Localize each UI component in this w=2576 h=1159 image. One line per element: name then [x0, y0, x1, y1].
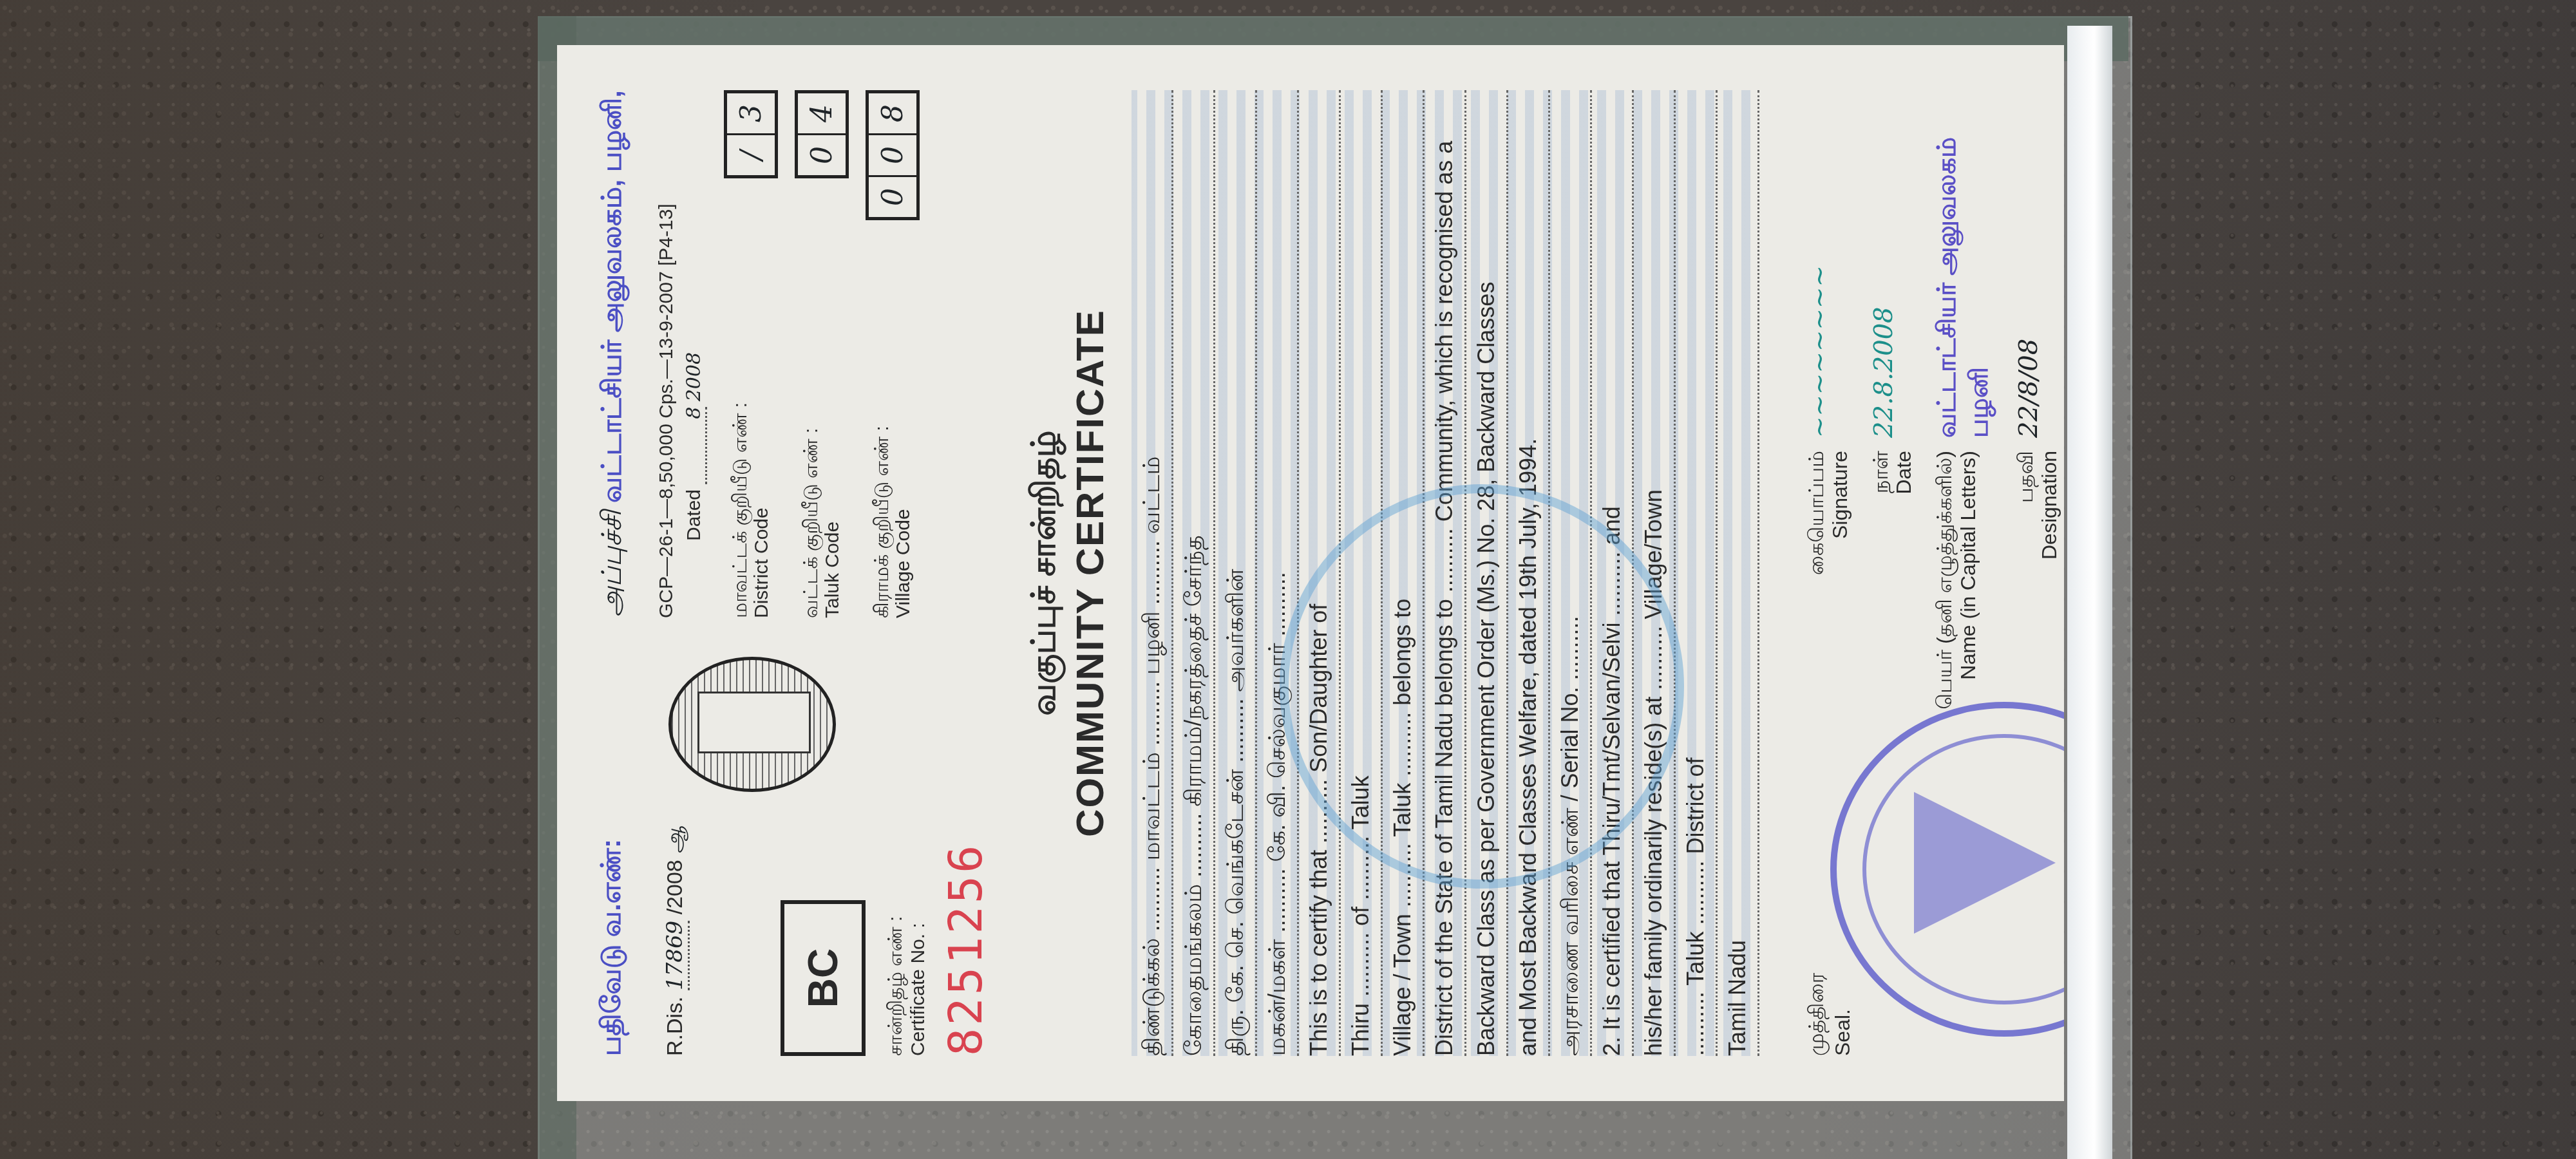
signature-fields: கையொப்பம் Signature ~~~~~~~~ நாள் Date 2…	[1804, 90, 2064, 721]
certificate-body-line: Village / Town .......... Taluk ........…	[1383, 90, 1425, 1056]
header-stamp-row: பதிவேடு வ.எண்: அப்புச்சி வட்டாட்சியர் அல…	[596, 90, 631, 1056]
signature-label: கையொப்பம் Signature	[1804, 438, 1852, 721]
certificate-number-label: சான்றிதழ் எண் : Certificate No. :	[885, 824, 929, 1056]
code-digit-boxes: 008	[866, 90, 920, 220]
code-digit-boxes: /3	[724, 90, 778, 178]
date-label-ta: நாள்	[1869, 451, 1893, 721]
certificate-body: திண்டுக்கல் .......... மாவட்டம் ........…	[1132, 90, 1759, 1056]
ref-label: R.Dis.	[663, 996, 687, 1056]
code-label-en: Taluk Code	[822, 428, 843, 618]
dated-line: Dated 8 2008	[683, 90, 707, 618]
code-label-ta: வட்டக் குறியீடு எண் :	[800, 428, 822, 618]
dated-label: Dated	[683, 489, 705, 541]
certificate-body-line: District of the State of Tamil Nadu belo…	[1425, 90, 1466, 1056]
handwritten-note: அப்புச்சி	[596, 511, 627, 617]
date-label-en: Date	[1892, 451, 1916, 721]
certificate-header: R.Dis. 17869 /2008 ஆ BC சான்றிதழ் எண் : …	[643, 90, 992, 1056]
certificate-body-line: Tamil Nadu	[1718, 90, 1759, 1056]
date-label: நாள் Date	[1869, 438, 1917, 721]
seal-area: முத்திரை Seal.	[1804, 721, 2064, 1056]
cert-label-ta: சான்றிதழ் எண் :	[885, 824, 907, 1056]
code-digit: 0	[869, 177, 916, 217]
code-digit: 0	[798, 135, 846, 175]
certificate-body-line: his/her family ordinarily reside(s) at .…	[1634, 90, 1676, 1056]
certificate-body-line: அரசாணை வரிசை எண் / Serial No. ..........	[1550, 90, 1592, 1056]
header-left: R.Dis. 17869 /2008 ஆ BC சான்றிதழ் எண் : …	[643, 824, 992, 1056]
name-row: பெயர் (தனி எழுத்துக்களில்) Name (in Capi…	[1933, 90, 1997, 721]
community-certificate: பதிவேடு வ.எண்: அப்புச்சி வட்டாட்சியர் அல…	[557, 45, 2064, 1101]
date-row: நாள் Date 22.8.2008	[1869, 90, 1917, 721]
certificate-body-line: திரு. கே. செ. வெங்கடேசன் .......... அவர்…	[1215, 90, 1257, 1056]
code-label-ta: மாவட்டக் குறியீடு எண் :	[730, 402, 751, 618]
code-digit: 3	[727, 93, 775, 135]
code-label: மாவட்டக் குறியீடு எண் :District Code	[730, 402, 772, 618]
name-label-ta: பெயர் (தனி எழுத்துக்களில்)	[1933, 451, 1956, 721]
laminate-glare	[2067, 26, 2112, 1159]
certificate-body-line: மகன்/மகள் .......... கே. வி. செல்வகுமார்…	[1257, 90, 1299, 1056]
certificate-body-line: திண்டுக்கல் .......... மாவட்டம் ........…	[1132, 90, 1173, 1056]
signature-label-ta: கையொப்பம்	[1804, 451, 1828, 721]
code-row: கிராமக் குறியீடு எண் :Village Code008	[866, 90, 920, 618]
designation-label: பதவி Designation	[2014, 438, 2061, 721]
certificate-body-line: 2. It is certified that Thiru/Tmt/Selvan…	[1592, 90, 1634, 1056]
officer-stamp-title: வட்டாட்சியர் அலுவலகம்	[1933, 137, 1965, 438]
taluk-office-stamp: வட்டாட்சியர் அலுவலகம், பழனி,	[596, 90, 627, 503]
code-digit-boxes: 04	[795, 90, 849, 178]
code-list: மாவட்டக் குறியீடு எண் :District Code/3வட…	[724, 90, 920, 618]
tamil-nadu-emblem-icon	[668, 657, 836, 792]
seal-label-ta: முத்திரை	[1804, 721, 1831, 1056]
ref-number: 17869	[662, 921, 690, 990]
cert-label-en: Certificate No. :	[907, 824, 930, 1056]
certificate-body-line: Backward Class as per Government Order (…	[1466, 90, 1508, 1056]
title-english: COMMUNITY CERTIFICATE	[1068, 90, 1112, 1056]
name-label-en: Name (in Capital Letters)	[1956, 451, 1980, 721]
code-row: மாவட்டக் குறியீடு எண் :District Code/3	[724, 90, 778, 618]
header-right: GCP—26-1—8,50,000 Cps.—13-9-2007 [P4-13]…	[643, 90, 992, 618]
dated-year: 2008	[683, 352, 705, 401]
code-row: வட்டக் குறியீடு எண் :Taluk Code04	[795, 90, 849, 618]
designation-row: பதவி Designation 22/8/08	[2014, 90, 2061, 721]
certificate-number: 8251256	[938, 824, 992, 1056]
code-digit: /	[727, 135, 775, 175]
title-tamil: வகுப்புச் சான்றிதழ்	[1025, 90, 1068, 1056]
code-digit: 0	[869, 135, 916, 177]
category-box: BC	[781, 900, 866, 1056]
certificate-body-line: and Most Backward Classes Welfare, dated…	[1508, 90, 1550, 1056]
reference-number: R.Dis. 17869 /2008 ஆ	[662, 824, 690, 1056]
register-number-stamp: பதிவேடு வ.எண்:	[596, 839, 631, 1056]
name-label: பெயர் (தனி எழுத்துக்களில்) Name (in Capi…	[1933, 438, 1980, 721]
gcp-line: GCP—26-1—8,50,000 Cps.—13-9-2007 [P4-13]	[656, 90, 677, 618]
officer-signature: ~~~~~~~~	[1804, 265, 1834, 438]
code-label-en: Village Code	[893, 426, 914, 618]
code-label-ta: கிராமக் குறியீடு எண் :	[871, 426, 893, 618]
designation-label-en: Designation	[2038, 451, 2061, 721]
signature-date: 22.8.2008	[1869, 306, 1899, 438]
certificate-viewport: பதிவேடு வ.எண்: அப்புச்சி வட்டாட்சியர் அல…	[557, 45, 2064, 1101]
signature-block: முத்திரை Seal. கையொப்பம் Signature ~~~~~…	[1804, 90, 2064, 1056]
code-label: வட்டக் குறியீடு எண் :Taluk Code	[800, 428, 843, 618]
officer-stamp-place: பழனி	[1965, 137, 1997, 438]
code-digit: 4	[798, 93, 846, 135]
initial-with-date: 22/8/08	[2014, 339, 2043, 438]
certificate-body-line: .......... Taluk .......... District of	[1676, 90, 1718, 1056]
code-label-en: District Code	[751, 402, 772, 618]
officer-stamp: வட்டாட்சியர் அலுவலகம் பழனி	[1933, 137, 1997, 438]
signature-row: கையொப்பம் Signature ~~~~~~~~	[1804, 90, 1852, 721]
certificate-body-line: This is to certify that .......... Son/D…	[1299, 90, 1341, 1056]
certificate-body-line: கோதைமங்கலம் .......... கிராமம்/நகரத்தைச்…	[1173, 90, 1215, 1056]
certificate-title: வகுப்புச் சான்றிதழ் COMMUNITY CERTIFICAT…	[1025, 90, 1112, 1056]
certificate-body-line: Thiru .......... of .......... Taluk	[1341, 90, 1383, 1056]
ref-suffix: ஆ	[662, 826, 688, 854]
code-digit: 8	[869, 93, 916, 135]
designation-label-ta: பதவி	[2014, 451, 2038, 721]
ref-year: /2008	[663, 860, 687, 914]
official-seal-stamp	[1830, 702, 2064, 1037]
dated-value: 8	[683, 407, 707, 484]
code-label: கிராமக் குறியீடு எண் :Village Code	[871, 426, 914, 618]
signature-label-en: Signature	[1828, 451, 1852, 721]
